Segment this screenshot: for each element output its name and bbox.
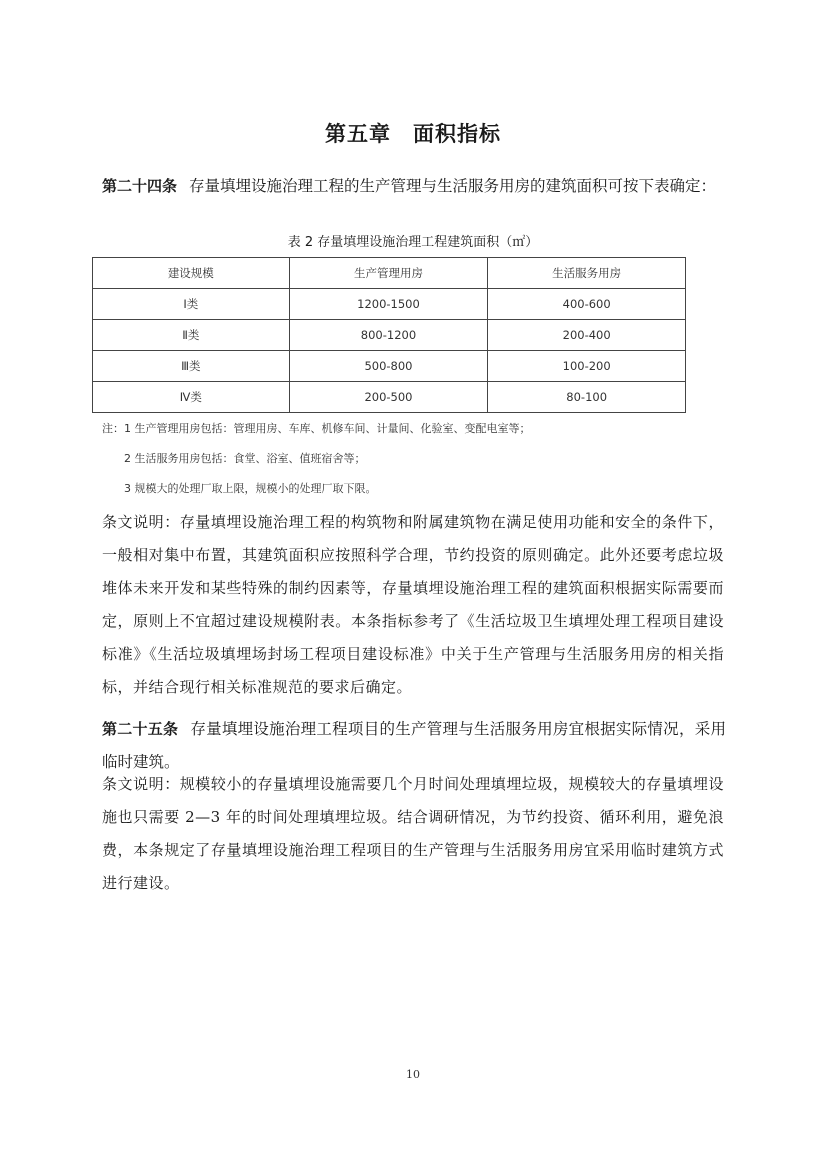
- table-cell: Ⅲ类: [93, 351, 290, 382]
- document-page: 第五章 面积指标 第二十四条存量填埋设施治理工程的生产管理与生活服务用房的建筑面…: [0, 0, 826, 1169]
- table-header-cell: 生产管理用房: [289, 258, 488, 289]
- article-24-text: 存量填埋设施治理工程的生产管理与生活服务用房的建筑面积可按下表确定：: [189, 177, 716, 195]
- table-row: Ⅳ类 200-500 80-100: [93, 382, 686, 413]
- table-cell: 400-600: [488, 289, 686, 320]
- table-cell: 500-800: [289, 351, 488, 382]
- table-cell: 200-500: [289, 382, 488, 413]
- page-number: 10: [0, 1068, 826, 1081]
- table-cell: 100-200: [488, 351, 686, 382]
- table-row: Ⅲ类 500-800 100-200: [93, 351, 686, 382]
- table-header-cell: 建设规模: [93, 258, 290, 289]
- explanation-25: 条文说明：规模较小的存量填埋设施需要几个月时间处理填埋垃圾，规模较大的存量填埋设…: [102, 768, 724, 900]
- table-notes: 注：1 生产管理用房包括：管理用房、车库、机修车间、计量间、化验室、变配电室等；…: [102, 418, 531, 508]
- table-cell: Ⅱ类: [93, 320, 290, 351]
- table-cell: Ⅳ类: [93, 382, 290, 413]
- article-25-label: 第二十五条: [102, 720, 178, 738]
- table-cell: 1200-1500: [289, 289, 488, 320]
- table-row: Ⅱ类 800-1200 200-400: [93, 320, 686, 351]
- article-24-label: 第二十四条: [102, 177, 177, 195]
- area-table: 建设规模 生产管理用房 生活服务用房 Ⅰ类 1200-1500 400-600 …: [92, 257, 686, 413]
- explanation-24: 条文说明：存量填埋设施治理工程的构筑物和附属建筑物在满足使用功能和安全的条件下，…: [102, 506, 724, 704]
- table-row: Ⅰ类 1200-1500 400-600: [93, 289, 686, 320]
- note-3: 3 规模大的处理厂取上限，规模小的处理厂取下限。: [102, 478, 531, 508]
- table-header-cell: 生活服务用房: [488, 258, 686, 289]
- table-cell: 800-1200: [289, 320, 488, 351]
- table-header-row: 建设规模 生产管理用房 生活服务用房: [93, 258, 686, 289]
- article-24: 第二十四条存量填埋设施治理工程的生产管理与生活服务用房的建筑面积可按下表确定：: [102, 170, 726, 203]
- chapter-title: 第五章 面积指标: [0, 118, 826, 148]
- table-cell: Ⅰ类: [93, 289, 290, 320]
- table-caption: 表 2 存量填埋设施治理工程建筑面积（㎡）: [0, 231, 826, 250]
- note-2: 2 生活服务用房包括：食堂、浴室、值班宿舍等；: [102, 448, 531, 478]
- note-1: 注：1 生产管理用房包括：管理用房、车库、机修车间、计量间、化验室、变配电室等；: [102, 418, 531, 448]
- table-cell: 200-400: [488, 320, 686, 351]
- table-cell: 80-100: [488, 382, 686, 413]
- article-25-text: 存量填埋设施治理工程项目的生产管理与生活服务用房宜根据实际情况，采用临时建筑。: [102, 720, 726, 771]
